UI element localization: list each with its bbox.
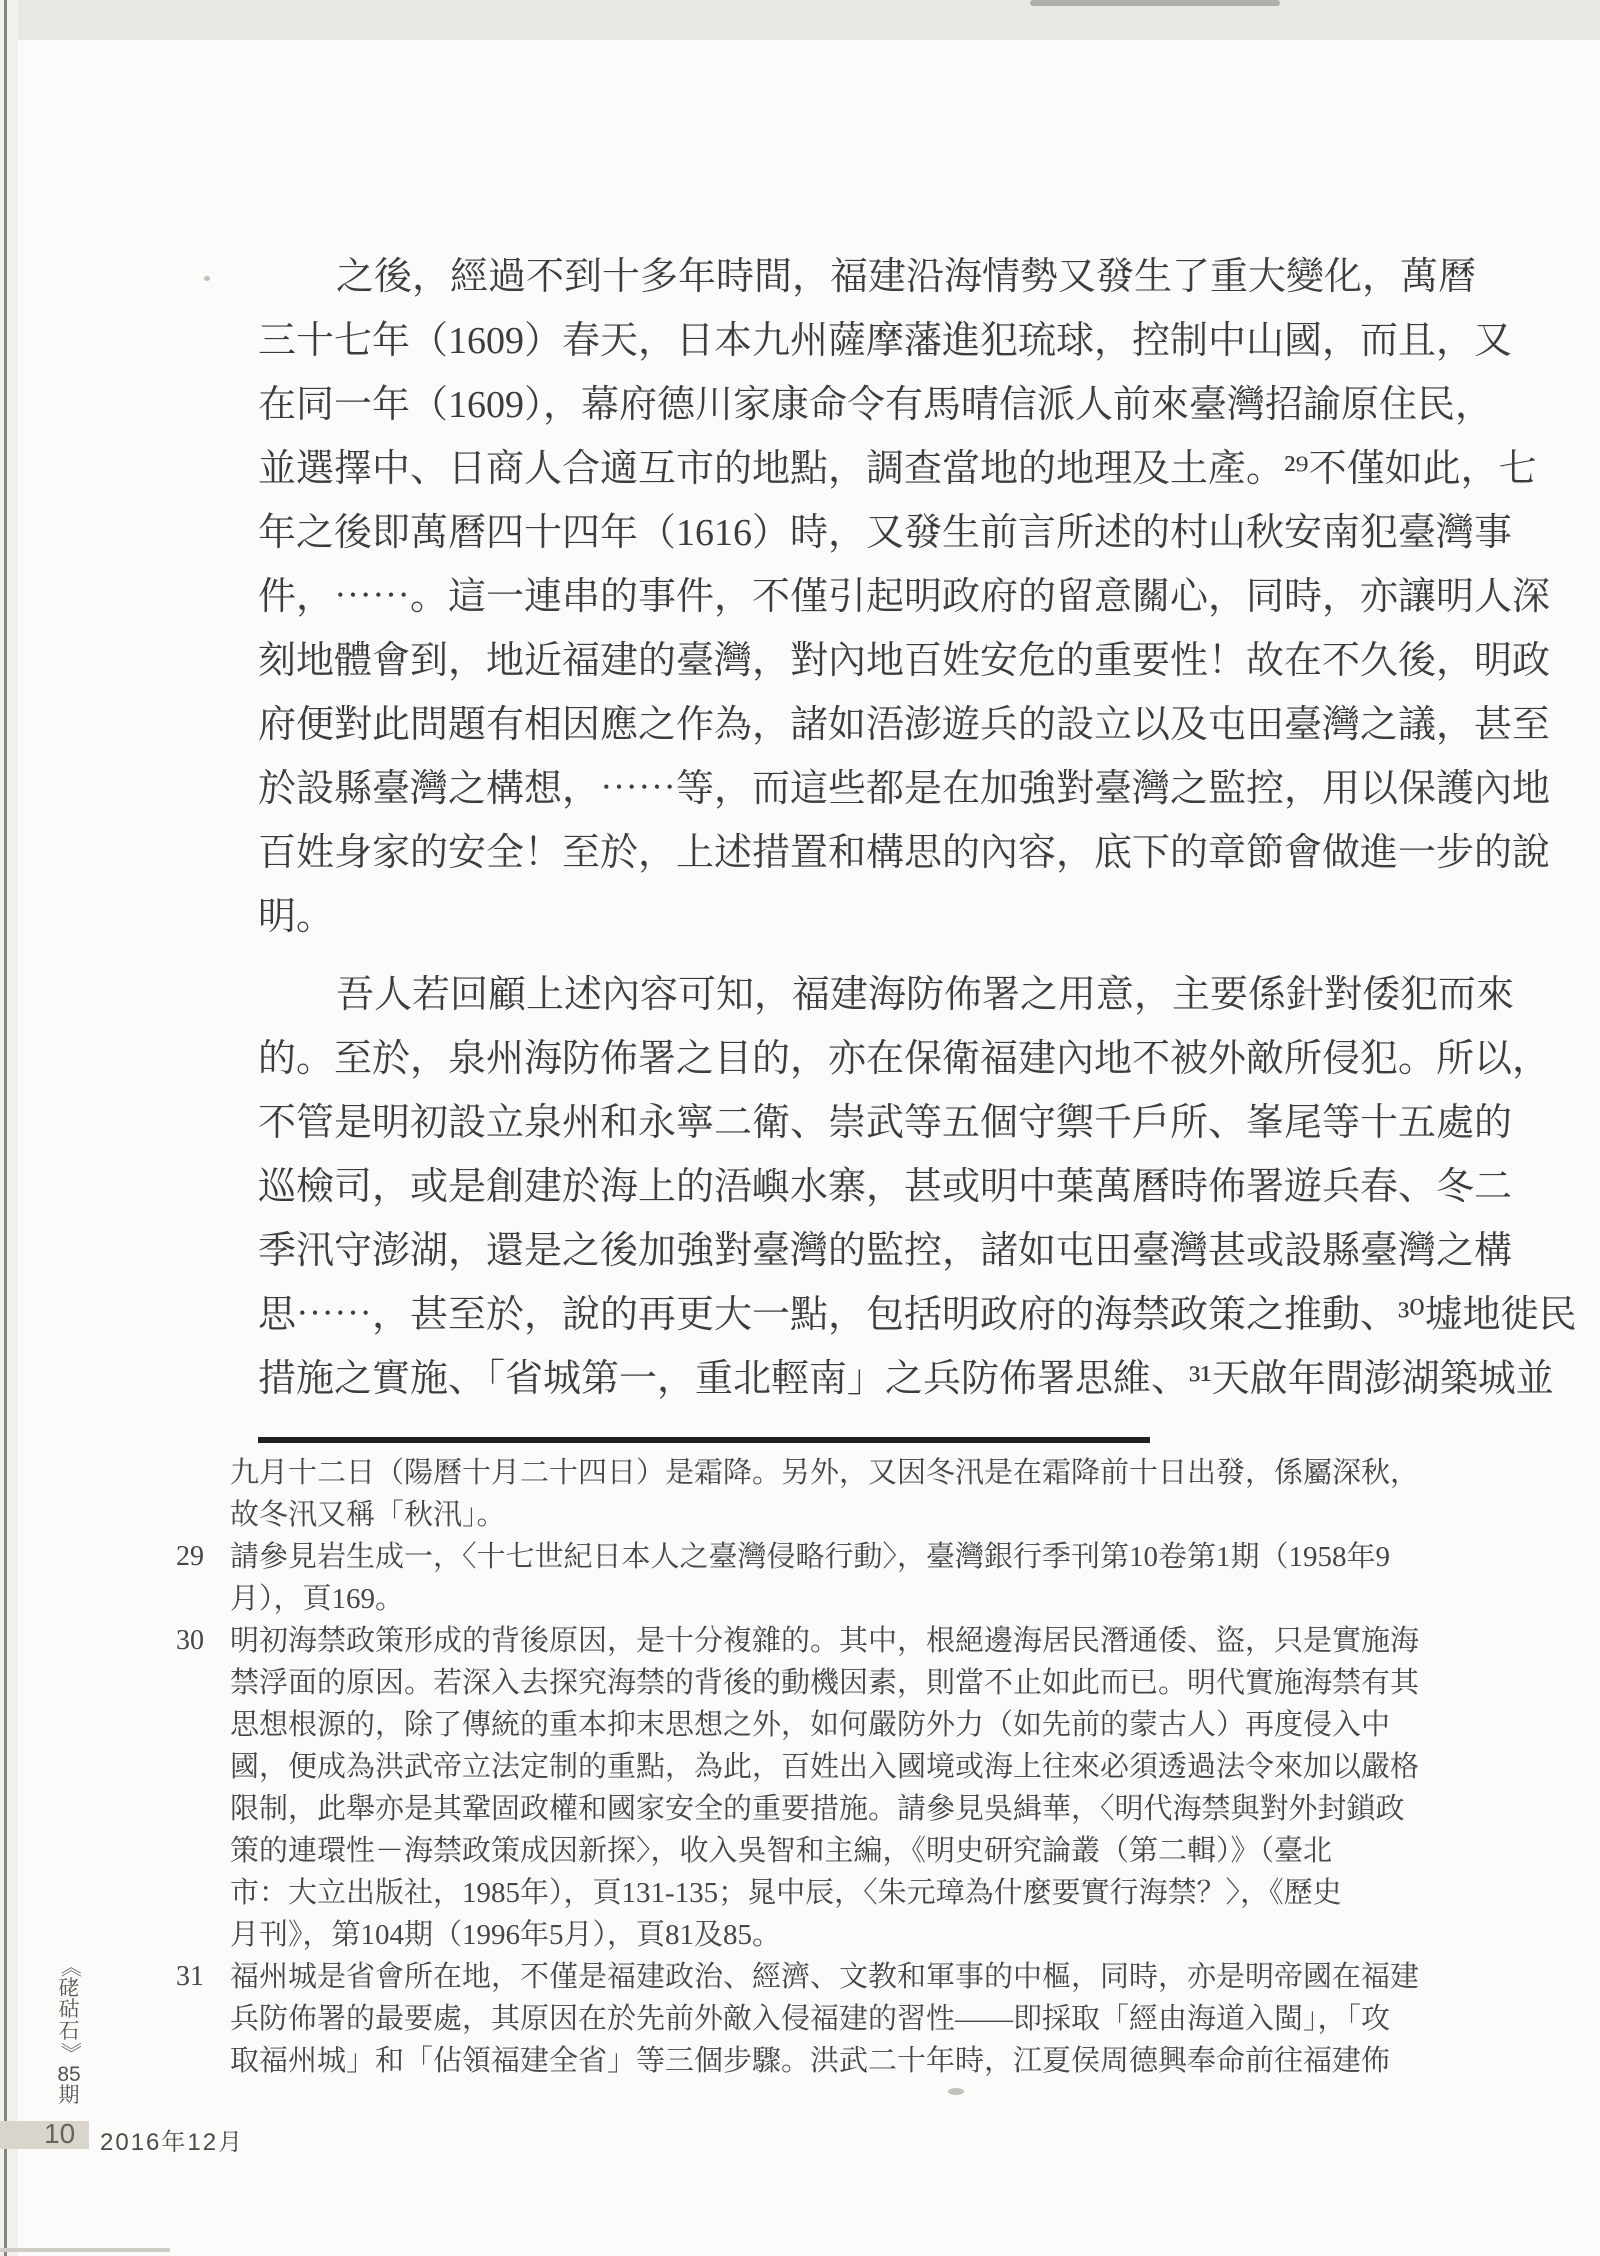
footnote-line: 禁浮面的原因。若深入去探究海禁的背後的動機因素，則當不止如此而已。明代實施海禁有… bbox=[230, 1662, 1470, 1704]
paragraph: 吾人若回顧上述內容可知，福建海防佈署之用意，主要係針對倭犯而來的。至於，泉州海防… bbox=[258, 963, 1468, 1411]
journal-title-char: 𥑮 bbox=[59, 1999, 80, 2021]
body-line: 措施之實施、「省城第一，重北輕南」之兵防佈署思維、³¹天啟年間澎湖築城並 bbox=[258, 1347, 1468, 1411]
issue-date: 2016年12月 bbox=[100, 2122, 244, 2157]
footnote-number: 31 bbox=[176, 1956, 226, 1998]
footnote-line: 兵防佈署的最要處，其原因在於先前外敵入侵福建的習性——即採取「經由海道入閩」，「… bbox=[230, 1998, 1470, 2040]
body-line: 並選擇中、日商人合適互市的地點，調查當地的地理及土產。²⁹不僅如此，七 bbox=[258, 437, 1468, 501]
footnote: 九月十二日（陽曆十月二十四日）是霜降。另外，又因冬汛是在霜降前十日出發，係屬深秋… bbox=[230, 1452, 1470, 1536]
journal-title-char: 期 bbox=[59, 2085, 80, 2107]
footnotes: 九月十二日（陽曆十月二十四日）是霜降。另外，又因冬汛是在霜降前十日出發，係屬深秋… bbox=[230, 1452, 1470, 2082]
paragraph: 之後，經過不到十多年時間，福建沿海情勢又發生了重大變化，萬曆三十七年（1609）… bbox=[258, 245, 1468, 949]
scan-smudge-artifact bbox=[1030, 0, 1280, 6]
body-line: 件，⋯⋯。這一連串的事件，不僅引起明政府的留意關心，同時，亦讓明人深 bbox=[258, 565, 1468, 629]
journal-title-char: 硓 bbox=[59, 1978, 80, 2000]
body-line: 刻地體會到，地近福建的臺灣，對內地百姓安危的重要性！故在不久後，明政 bbox=[258, 629, 1468, 693]
journal-title-char: 石 bbox=[59, 2021, 80, 2043]
scan-bottom-artifact bbox=[0, 2248, 170, 2252]
body-line: 吾人若回顧上述內容可知，福建海防佈署之用意，主要係針對倭犯而來 bbox=[258, 963, 1468, 1027]
body-line: 巡檢司，或是創建於海上的浯嶼水寨，甚或明中葉萬曆時佈署遊兵春、冬二 bbox=[258, 1155, 1468, 1219]
scanned-journal-page: 之後，經過不到十多年時間，福建沿海情勢又發生了重大變化，萬曆三十七年（1609）… bbox=[0, 0, 1600, 2256]
footnote-number: 30 bbox=[176, 1620, 226, 1662]
journal-title-char: 85 bbox=[57, 2064, 80, 2086]
footnote-line: 月），頁169。 bbox=[230, 1578, 1470, 1620]
scan-speck bbox=[948, 2088, 964, 2095]
body-line: 季汛守澎湖，還是之後加強對臺灣的監控，諸如屯田臺灣甚或設縣臺灣之構 bbox=[258, 1219, 1468, 1283]
journal-title-char: 》 bbox=[58, 2042, 80, 2063]
body-line: 之後，經過不到十多年時間，福建沿海情勢又發生了重大變化，萬曆 bbox=[258, 245, 1468, 309]
body-line: 於設縣臺灣之構想，⋯⋯等，而這些都是在加強對臺灣之監控，用以保護內地 bbox=[258, 757, 1468, 821]
journal-title-vertical: 《硓𥑮石》85期 bbox=[52, 1956, 86, 2107]
footnote: 29請參見岩生成一，〈十七世紀日本人之臺灣侵略行動〉，臺灣銀行季刊第10卷第1期… bbox=[230, 1536, 1470, 1620]
footnote-line: 策的連環性－海禁政策成因新探〉，收入吳智和主編，《明史研究論叢（第二輯）》（臺北 bbox=[230, 1830, 1470, 1872]
scan-left-margin-strip bbox=[0, 0, 18, 2256]
footnote-separator-rule bbox=[258, 1437, 1150, 1443]
footnote-line: 九月十二日（陽曆十月二十四日）是霜降。另外，又因冬汛是在霜降前十日出發，係屬深秋… bbox=[230, 1452, 1470, 1494]
body-line: 的。至於，泉州海防佈署之目的，亦在保衛福建內地不被外敵所侵犯。所以， bbox=[258, 1027, 1468, 1091]
body-line: 三十七年（1609）春天，日本九州薩摩藩進犯琉球，控制中山國，而且，又 bbox=[258, 309, 1468, 373]
body-line: 在同一年（1609），幕府德川家康命令有馬晴信派人前來臺灣招諭原住民， bbox=[258, 373, 1468, 437]
page-number: 10 bbox=[44, 2118, 75, 2150]
footnote-number: 29 bbox=[176, 1536, 226, 1578]
body-line: 明。 bbox=[258, 885, 1468, 949]
footnote-line: 月刊》，第104期（1996年5月），頁81及85。 bbox=[230, 1914, 1470, 1956]
footnote-line: 思想根源的，除了傳統的重本抑末思想之外，如何嚴防外力（如先前的蒙古人）再度侵入中 bbox=[230, 1704, 1470, 1746]
footnote-line: 取福州城」和「佔領福建全省」等三個步驟。洪武二十年時，江夏侯周德興奉命前往福建佈 bbox=[230, 2040, 1470, 2082]
scan-left-edge-line bbox=[4, 0, 7, 2256]
body-line: 年之後即萬曆四十四年（1616）時，又發生前言所述的村山秋安南犯臺灣事 bbox=[258, 501, 1468, 565]
footnote-line: 限制，此舉亦是其鞏固政權和國家安全的重要措施。請參見吳緝華，〈明代海禁與對外封鎖… bbox=[230, 1788, 1470, 1830]
body-line: 不管是明初設立泉州和永寧二衛、崇武等五個守禦千戶所、峯尾等十五處的 bbox=[258, 1091, 1468, 1155]
footnote-line: 明初海禁政策形成的背後原因，是十分複雜的。其中，根絕邊海居民潛通倭、盜，只是實施… bbox=[230, 1620, 1470, 1662]
scan-speck bbox=[204, 276, 210, 281]
body-line: 百姓身家的安全！至於，上述措置和構思的內容，底下的章節會做進一步的說 bbox=[258, 821, 1468, 885]
scan-top-band bbox=[0, 0, 1600, 40]
footnote-line: 市：大立出版社，1985年），頁131-135；晁中辰，〈朱元璋為什麼要實行海禁… bbox=[230, 1872, 1470, 1914]
body-line: 府便對此問題有相因應之作為，諸如浯澎遊兵的設立以及屯田臺灣之議，甚至 bbox=[258, 693, 1468, 757]
footnote: 30明初海禁政策形成的背後原因，是十分複雜的。其中，根絕邊海居民潛通倭、盜，只是… bbox=[230, 1620, 1470, 1956]
footnote-line: 國，便成為洪武帝立法定制的重點，為此，百姓出入國境或海上往來必須透過法令來加以嚴… bbox=[230, 1746, 1470, 1788]
footnote-line: 福州城是省會所在地，不僅是福建政治、經濟、文教和軍事的中樞，同時，亦是明帝國在福… bbox=[230, 1956, 1470, 1998]
journal-title-char: 《 bbox=[58, 1956, 80, 1977]
body-text: 之後，經過不到十多年時間，福建沿海情勢又發生了重大變化，萬曆三十七年（1609）… bbox=[258, 245, 1468, 1411]
footnote-line: 請參見岩生成一，〈十七世紀日本人之臺灣侵略行動〉，臺灣銀行季刊第10卷第1期（1… bbox=[230, 1536, 1470, 1578]
body-line: 思⋯⋯，甚至於，說的再更大一點，包括明政府的海禁政策之推動、³⁰墟地徙民 bbox=[258, 1283, 1468, 1347]
footnote-line: 故冬汛又稱「秋汛」。 bbox=[230, 1494, 1470, 1536]
footnote: 31福州城是省會所在地，不僅是福建政治、經濟、文教和軍事的中樞，同時，亦是明帝國… bbox=[230, 1956, 1470, 2082]
